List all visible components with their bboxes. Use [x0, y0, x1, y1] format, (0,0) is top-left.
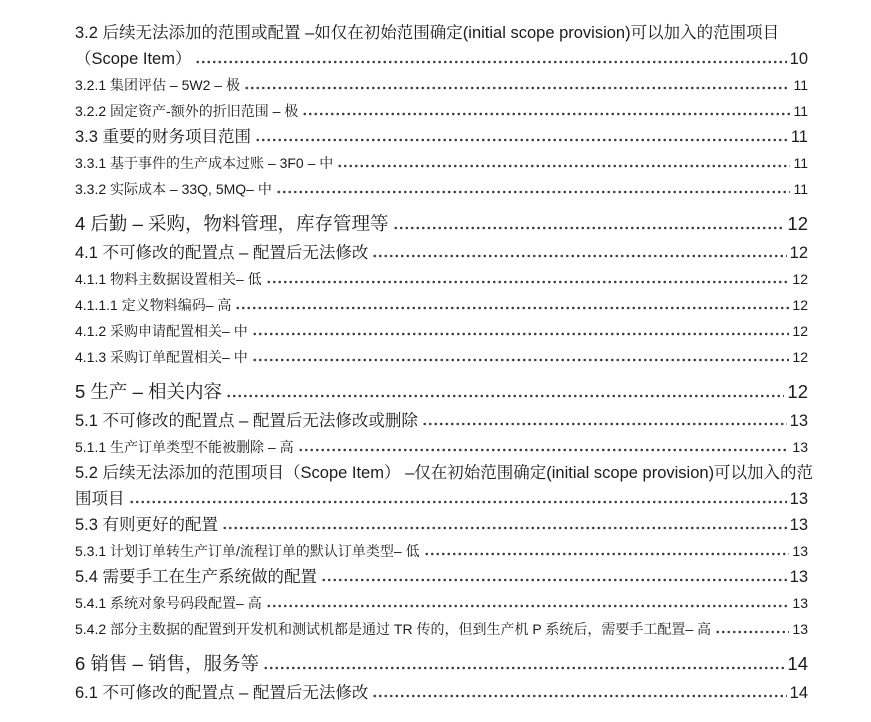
- dot-leader: [263, 666, 784, 670]
- dot-leader: [372, 694, 786, 698]
- page-number: 13: [792, 434, 808, 460]
- toc-entry-text: 3.2.1 集团评估 – 5W2 – 极: [75, 72, 240, 98]
- page-number: 13: [792, 590, 808, 616]
- toc-entry[interactable]: 4.1.2 采购申请配置相关– 中 12: [75, 318, 808, 344]
- toc-entry[interactable]: 5.1.1 生产订单类型不能被删除 – 高 13: [75, 434, 808, 460]
- toc-entry-text: 3.2.2 固定资产-额外的折旧范围 – 极: [75, 98, 298, 124]
- toc-entry-text: 3.3.1 基于事件的生产成本过账 – 3F0 – 中: [75, 150, 333, 176]
- dot-leader: [393, 226, 785, 230]
- toc-entry[interactable]: 3.3 重要的财务项目范围 11: [75, 124, 808, 150]
- toc-entry[interactable]: 3.3.2 实际成本 – 33Q, 5MQ– 中 11: [75, 176, 808, 202]
- dot-leader: [424, 552, 790, 556]
- page-number: 14: [787, 650, 808, 678]
- toc-entry-text: 5.3.1 计划订单转生产订单/流程订单的默认订单类型– 低: [75, 538, 420, 564]
- toc-entry[interactable]: 6 销售 – 销售，服务等 14: [75, 650, 808, 678]
- page-number: 12: [792, 292, 808, 318]
- dot-leader: [252, 358, 790, 362]
- toc-entry[interactable]: 5.4.1 系统对象号码段配置– 高 13: [75, 590, 808, 616]
- dot-leader: [195, 60, 786, 64]
- dot-leader: [321, 578, 787, 582]
- toc-entry[interactable]: 4.1.3 采购订单配置相关– 中 12: [75, 344, 808, 370]
- dot-leader: [337, 164, 790, 168]
- toc-entry-text: 4.1.1 物料主数据设置相关– 低: [75, 266, 262, 292]
- toc-entry[interactable]: 围项目 13: [75, 486, 808, 512]
- toc-entry-text: 5.1.1 生产订单类型不能被删除 – 高: [75, 434, 294, 460]
- dot-leader: [129, 500, 787, 504]
- toc-entry-text: 3.3.2 实际成本 – 33Q, 5MQ– 中: [75, 176, 272, 202]
- toc-entry[interactable]: 5.4 需要手工在生产系统做的配置 13: [75, 564, 808, 590]
- dot-leader: [222, 526, 787, 530]
- toc-entry-text: 4.1 不可修改的配置点 – 配置后无法修改: [75, 240, 368, 266]
- toc-entry-text: 4.1.2 采购申请配置相关– 中: [75, 318, 248, 344]
- page-number: 12: [790, 240, 808, 266]
- page-number: 11: [793, 72, 808, 98]
- toc-entry-text: 4.1.3 采购订单配置相关– 中: [75, 344, 248, 370]
- page-number: 12: [787, 378, 808, 406]
- toc-entry[interactable]: 3.2 后续无法添加的范围或配置 –如仅在初始范围确定(initial scop…: [75, 20, 808, 46]
- page-number: 11: [791, 124, 808, 150]
- dot-leader: [266, 604, 790, 608]
- toc-entry[interactable]: 4.1.1 物料主数据设置相关– 低 12: [75, 266, 808, 292]
- toc-entry-text: 围项目: [75, 486, 125, 512]
- toc-entry[interactable]: （Scope Item） 10: [75, 46, 808, 72]
- page-number: 13: [792, 538, 808, 564]
- toc-entry-text: 5.2 后续无法添加的范围项目（Scope Item） –仅在初始范围确定(in…: [75, 460, 813, 486]
- toc-entry-text: 5.4 需要手工在生产系统做的配置: [75, 564, 317, 590]
- page-number: 13: [790, 408, 808, 434]
- dot-leader: [422, 422, 787, 426]
- dot-leader: [372, 254, 786, 258]
- toc-entry[interactable]: 5.3 有则更好的配置 13: [75, 512, 808, 538]
- toc-entry-text: 4.1.1.1 定义物料编码– 高: [75, 292, 231, 318]
- toc-entry[interactable]: 3.2.2 固定资产-额外的折旧范围 – 极 11: [75, 98, 808, 124]
- toc-entry-text: 5 生产 – 相关内容: [75, 378, 222, 406]
- page-number: 12: [787, 210, 808, 238]
- toc-entry[interactable]: 3.2.1 集团评估 – 5W2 – 极 11: [75, 72, 808, 98]
- toc-entry-text: 3.2 后续无法添加的范围或配置 –如仅在初始范围确定(initial scop…: [75, 20, 779, 46]
- toc-entry-text: 6.1 不可修改的配置点 – 配置后无法修改: [75, 680, 368, 706]
- toc-entry[interactable]: 6.1 不可修改的配置点 – 配置后无法修改 14: [75, 680, 808, 706]
- page-number: 12: [792, 344, 808, 370]
- dot-leader: [244, 86, 791, 90]
- page-number: 10: [790, 46, 808, 72]
- page-number: 13: [792, 616, 808, 642]
- toc-entry[interactable]: 5 生产 – 相关内容 12: [75, 378, 808, 406]
- toc-entry[interactable]: 5.4.2 部分主数据的配置到开发机和测试机都是通过 TR 传的，但到生产机 P…: [75, 616, 808, 642]
- toc-entry[interactable]: 4.1.1.1 定义物料编码– 高 12: [75, 292, 808, 318]
- toc-page: 3.2 后续无法添加的范围或配置 –如仅在初始范围确定(initial scop…: [0, 0, 871, 722]
- page-number: 13: [790, 564, 808, 590]
- toc-entry[interactable]: 5.3.1 计划订单转生产订单/流程订单的默认订单类型– 低 13: [75, 538, 808, 564]
- page-number: 13: [790, 486, 808, 512]
- toc-entry-text: 5.4.1 系统对象号码段配置– 高: [75, 590, 262, 616]
- toc-entry[interactable]: 5.1 不可修改的配置点 – 配置后无法修改或删除 13: [75, 408, 808, 434]
- page-number: 14: [790, 680, 808, 706]
- page-number: 12: [792, 266, 808, 292]
- toc-entry-text: 5.1 不可修改的配置点 – 配置后无法修改或删除: [75, 408, 418, 434]
- dot-leader: [298, 448, 790, 452]
- dot-leader: [266, 280, 790, 284]
- page-number: 11: [793, 98, 808, 124]
- dot-leader: [226, 394, 784, 398]
- page-number: 11: [793, 150, 808, 176]
- page-number: 12: [792, 318, 808, 344]
- dot-leader: [715, 630, 789, 634]
- page-number: 11: [793, 176, 808, 202]
- toc-entry[interactable]: 4.1 不可修改的配置点 – 配置后无法修改 12: [75, 240, 808, 266]
- toc-entry-text: 3.3 重要的财务项目范围: [75, 124, 251, 150]
- toc-entry-text: （Scope Item）: [75, 46, 191, 72]
- dot-leader: [252, 332, 790, 336]
- dot-leader: [276, 190, 791, 194]
- toc-entry-text: 5.4.2 部分主数据的配置到开发机和测试机都是通过 TR 传的，但到生产机 P…: [75, 616, 711, 642]
- toc-entry-text: 4 后勤 – 采购，物料管理，库存管理等: [75, 210, 389, 238]
- toc-entry-text: 5.3 有则更好的配置: [75, 512, 218, 538]
- dot-leader: [302, 112, 790, 116]
- page-number: 13: [790, 512, 808, 538]
- dot-leader: [255, 138, 788, 142]
- dot-leader: [235, 306, 789, 310]
- toc-entry-text: 6 销售 – 销售，服务等: [75, 650, 259, 678]
- toc-entry[interactable]: 4 后勤 – 采购，物料管理，库存管理等 12: [75, 210, 808, 238]
- toc-entry[interactable]: 3.3.1 基于事件的生产成本过账 – 3F0 – 中 11: [75, 150, 808, 176]
- toc-entry[interactable]: 5.2 后续无法添加的范围项目（Scope Item） –仅在初始范围确定(in…: [75, 460, 808, 486]
